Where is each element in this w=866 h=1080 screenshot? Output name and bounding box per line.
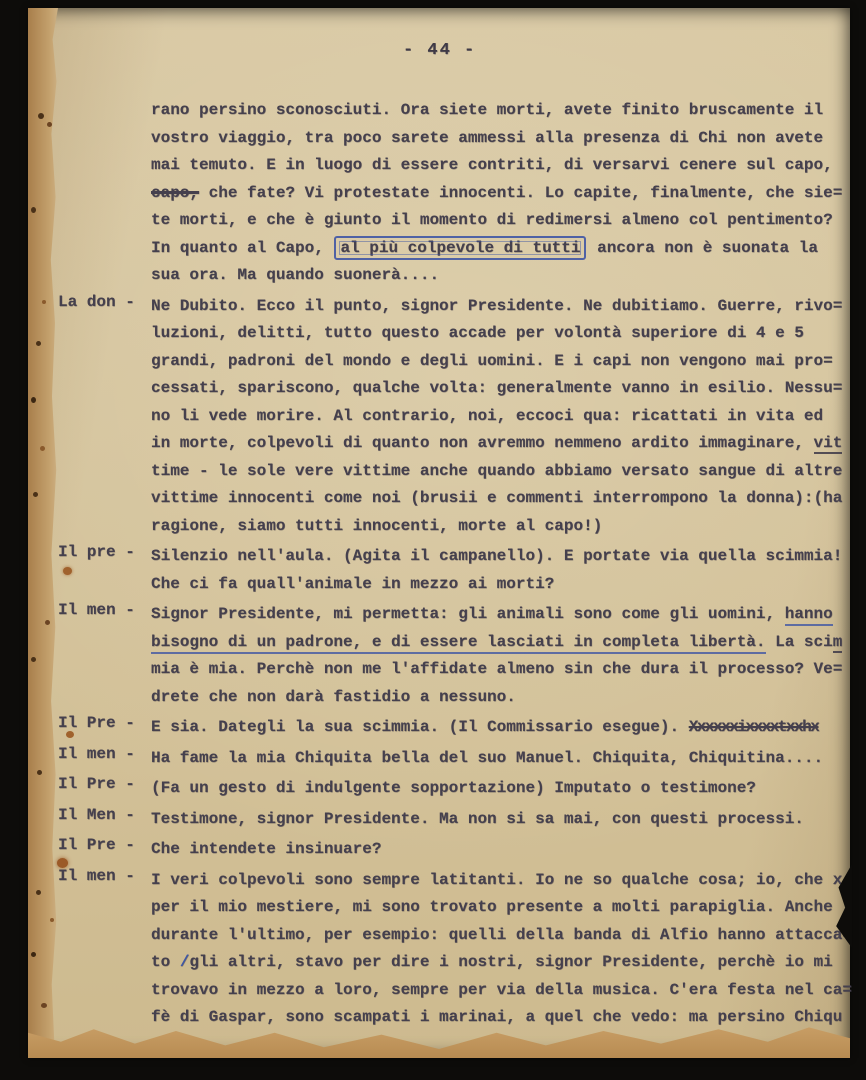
text-line: I veri colpevoli sono sempre latitanti. … <box>151 867 850 895</box>
strike-ink-annotation: capo, <box>151 184 199 202</box>
text-line: per il mio mestiere, mi sono trovato pre… <box>151 894 850 922</box>
speaker-label: Il Pre - <box>58 714 135 732</box>
text-line: capo, che fate? Vi protestate innocenti.… <box>151 180 850 208</box>
speaker-label: Il men - <box>58 745 135 763</box>
text-line: time - le sole vere vittime anche quando… <box>151 458 850 486</box>
text-line: cessati, spariscono, qualche volta: gene… <box>151 375 850 403</box>
text-line: to /gli altri, stavo per dire i nostri, … <box>151 949 850 977</box>
dialogue-paragraph: Il men -Ha fame la mia Chiquita bella de… <box>58 745 850 773</box>
ublack-ink-annotation: m <box>833 633 843 653</box>
dialogue-paragraph: Il men -Signor Presidente, mi permetta: … <box>58 601 850 711</box>
typescript-page: - 44 - rano persino sconosciuti. Ora sie… <box>28 8 850 1058</box>
blueline-ink-annotation: bisogno di un padrone, e di essere lasci… <box>151 633 766 654</box>
text-line: fè di Gaspar, sono scampati i marinai, a… <box>151 1004 850 1032</box>
text-line: Ne Dubito. Ecco il punto, signor Preside… <box>151 293 850 321</box>
dialogue-paragraph: Il Men -Testimone, signor Presidente. Ma… <box>58 806 850 834</box>
dialogue-paragraph: Il men -I veri colpevoli sono sempre lat… <box>58 867 850 1032</box>
text-line: mai temuto. E in luogo di essere contrit… <box>151 152 850 180</box>
text-line: Signor Presidente, mi permetta: gli anim… <box>151 601 850 629</box>
dialogue-body: rano persino sconosciuti. Ora siete mort… <box>58 97 850 1032</box>
text-line: Che ci fa quall'animale in mezzo ai mort… <box>151 571 850 599</box>
text-line: in morte, colpevoli di quanto non avremm… <box>151 430 850 458</box>
speaker-label: Il pre - <box>58 543 135 561</box>
text-line: trovavo in mezzo a loro, sempre per via … <box>151 977 850 1005</box>
dialogue-paragraph: rano persino sconosciuti. Ora siete mort… <box>58 97 850 290</box>
dialogue-lines: Ha fame la mia Chiquita bella del suo Ma… <box>151 745 850 773</box>
dialogue-lines: I veri colpevoli sono sempre latitanti. … <box>151 867 850 1032</box>
text-line: drete che non darà fastidio a nessuno. <box>151 684 850 712</box>
speaker-label: Il Men - <box>58 806 135 824</box>
dialogue-lines: Ne Dubito. Ecco il punto, signor Preside… <box>151 293 850 541</box>
dialogue-paragraph: La don -Ne Dubito. Ecco il punto, signor… <box>58 293 850 541</box>
page-number: - 44 - <box>403 41 850 60</box>
text-line: sua ora. Ma quando suonerà.... <box>151 262 850 290</box>
text-line: vittime innocenti come noi (brusii e com… <box>151 485 850 513</box>
dialogue-lines: Testimone, signor Presidente. Ma non si … <box>151 806 850 834</box>
text-line: rano persino sconosciuti. Ora siete mort… <box>151 97 850 125</box>
text-line: durante l'ultimo, per esempio: quelli de… <box>151 922 850 950</box>
speaker-label: Il men - <box>58 601 135 619</box>
text-line: E sia. Dategli la sua scimmia. (Il Commi… <box>151 714 850 742</box>
blueslash-ink-annotation: / <box>180 953 190 971</box>
dialogue-lines: Signor Presidente, mi permetta: gli anim… <box>151 601 850 711</box>
text-line: grandi, padroni del mondo e degli uomini… <box>151 348 850 376</box>
speaker-label: Il men - <box>58 867 135 885</box>
dialogue-lines: E sia. Dategli la sua scimmia. (Il Commi… <box>151 714 850 742</box>
dialogue-lines: Silenzio nell'aula. (Agita il campanello… <box>151 543 850 598</box>
text-line: Ha fame la mia Chiquita bella del suo Ma… <box>151 745 850 773</box>
dialogue-lines: rano persino sconosciuti. Ora siete mort… <box>151 97 850 290</box>
text-line: mia è mia. Perchè non me l'affidate alme… <box>151 656 850 684</box>
xout-ink-annotation: Xxxxxxixxxxtxxhx <box>689 718 819 736</box>
text-line: (Fa un gesto di indulgente sopportazione… <box>151 775 850 803</box>
text-line: bisogno di un padrone, e di essere lasci… <box>151 629 850 657</box>
text-line: ragione, siamo tutti innocenti, morte al… <box>151 513 850 541</box>
text-line: te morti, e che è giunto il momento di r… <box>151 207 850 235</box>
dialogue-paragraph: Il Pre -Che intendete insinuare? <box>58 836 850 864</box>
text-line: luzioni, delitti, tutto questo accade pe… <box>151 320 850 348</box>
bluebox-ink-annotation: al più colpevole di tutti <box>334 236 586 260</box>
speaker-label: La don - <box>58 293 135 311</box>
text-line: no li vede morire. Al contrario, noi, ec… <box>151 403 850 431</box>
dialogue-lines: Che intendete insinuare? <box>151 836 850 864</box>
text-line: Silenzio nell'aula. (Agita il campanello… <box>151 543 850 571</box>
text-line: Testimone, signor Presidente. Ma non si … <box>151 806 850 834</box>
blueline-ink-annotation: hanno <box>785 605 833 626</box>
dialogue-paragraph: Il Pre -(Fa un gesto di indulgente soppo… <box>58 775 850 803</box>
page-content: - 44 - rano persino sconosciuti. Ora sie… <box>28 8 850 1032</box>
dialogue-lines: (Fa un gesto di indulgente sopportazione… <box>151 775 850 803</box>
dialogue-paragraph: Il pre -Silenzio nell'aula. (Agita il ca… <box>58 543 850 598</box>
speaker-label: Il Pre - <box>58 775 135 793</box>
text-line: vostro viaggio, tra poco sarete ammessi … <box>151 125 850 153</box>
text-line: Che intendete insinuare? <box>151 836 850 864</box>
dialogue-paragraph: Il Pre -E sia. Dategli la sua scimmia. (… <box>58 714 850 742</box>
speaker-label: Il Pre - <box>58 836 135 854</box>
text-line: In quanto al Capo, al più colpevole di t… <box>151 235 850 263</box>
ublack-ink-annotation: vit <box>814 434 843 454</box>
